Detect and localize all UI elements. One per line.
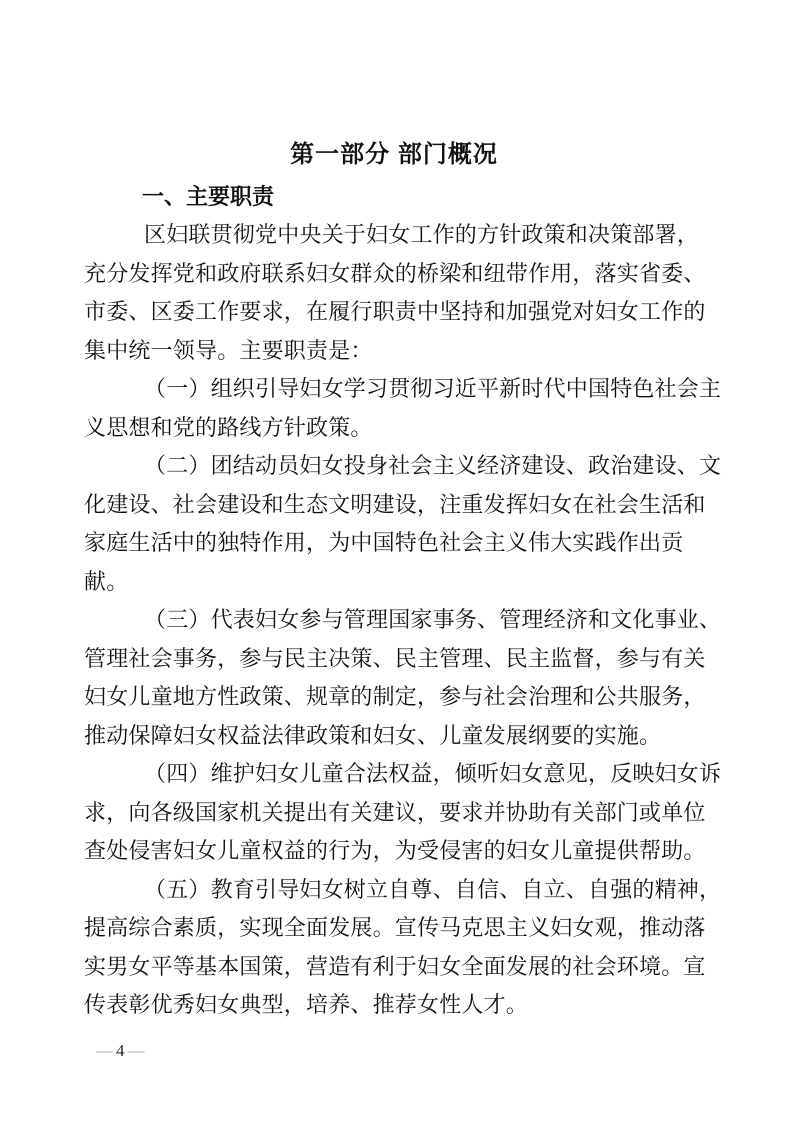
paragraph-line: （四）维护妇女儿童合法权益，倾听妇女意见，反映妇女诉 — [84, 755, 704, 794]
document-body: 区妇联贯彻党中央关于妇女工作的方针政策和决策部署，充分发挥党和政府联系妇女群众的… — [84, 216, 704, 1025]
paragraph-line: 管理社会事务，参与民主决策、民主管理、民主监督，参与有关 — [84, 640, 704, 679]
paragraph: 区妇联贯彻党中央关于妇女工作的方针政策和决策部署，充分发挥党和政府联系妇女群众的… — [84, 216, 704, 370]
paragraph-line: （三）代表妇女参与管理国家事务、管理经济和文化事业、 — [84, 601, 704, 640]
page-number-value: 4 — [113, 1041, 128, 1060]
paragraph-line: 求，向各级国家机关提出有关建议，要求并协助有关部门或单位 — [84, 794, 704, 833]
page-number: —4— — [96, 1041, 145, 1061]
paragraph-line: 区妇联贯彻党中央关于妇女工作的方针政策和决策部署， — [84, 216, 704, 255]
paragraph-line: 妇女儿童地方性政策、规章的制定，参与社会治理和公共服务， — [84, 678, 704, 717]
paragraph-line: 义思想和党的路线方针政策。 — [84, 409, 704, 448]
document-page: 第一部分 部门概况 一、主要职责 区妇联贯彻党中央关于妇女工作的方针政策和决策部… — [0, 0, 793, 1122]
paragraph: （一）组织引导妇女学习贯彻习近平新时代中国特色社会主义思想和党的路线方针政策。 — [84, 370, 704, 447]
paragraph: （四）维护妇女儿童合法权益，倾听妇女意见，反映妇女诉求，向各级国家机关提出有关建… — [84, 755, 704, 871]
paragraph-line: 集中统一领导。主要职责是： — [84, 332, 704, 371]
paragraph-line: （五）教育引导妇女树立自尊、自信、自立、自强的精神， — [84, 871, 704, 910]
paragraph-line: 实男女平等基本国策，营造有利于妇女全面发展的社会环境。宣 — [84, 948, 704, 987]
page-number-dash-left: — — [96, 1041, 113, 1060]
page-title: 第一部分 部门概况 — [84, 136, 704, 174]
paragraph-line: 市委、区委工作要求，在履行职责中坚持和加强党对妇女工作的 — [84, 293, 704, 332]
paragraph-line: 提高综合素质，实现全面发展。宣传马克思主义妇女观，推动落 — [84, 909, 704, 948]
paragraph-line: 家庭生活中的独特作用，为中国特色社会主义伟大实践作出贡 — [84, 524, 704, 563]
paragraph-line: 推动保障妇女权益法律政策和妇女、儿童发展纲要的实施。 — [84, 717, 704, 756]
paragraph-line: （一）组织引导妇女学习贯彻习近平新时代中国特色社会主 — [84, 370, 704, 409]
paragraph-line: （二）团结动员妇女投身社会主义经济建设、政治建设、文 — [84, 447, 704, 486]
paragraph: （二）团结动员妇女投身社会主义经济建设、政治建设、文化建设、社会建设和生态文明建… — [84, 447, 704, 601]
paragraph-line: 化建设、社会建设和生态文明建设，注重发挥妇女在社会生活和 — [84, 486, 704, 525]
paragraph: （五）教育引导妇女树立自尊、自信、自立、自强的精神，提高综合素质，实现全面发展。… — [84, 871, 704, 1025]
section-heading: 一、主要职责 — [84, 177, 704, 216]
paragraph-line: 充分发挥党和政府联系妇女群众的桥梁和纽带作用，落实省委、 — [84, 255, 704, 294]
paragraph-line: 查处侵害妇女儿童权益的行为，为受侵害的妇女儿童提供帮助。 — [84, 832, 704, 871]
paragraph: （三）代表妇女参与管理国家事务、管理经济和文化事业、管理社会事务，参与民主决策、… — [84, 601, 704, 755]
paragraph-line: 传表彰优秀妇女典型，培养、推荐女性人才。 — [84, 986, 704, 1025]
paragraph-line: 献。 — [84, 563, 704, 602]
page-number-dash-right: — — [128, 1041, 145, 1060]
